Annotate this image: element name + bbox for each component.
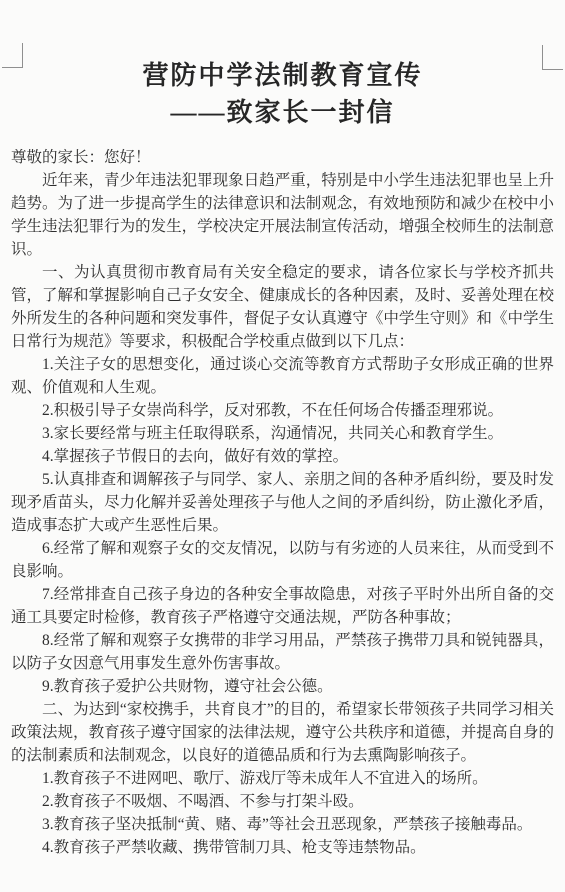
list-item: 5.认真排查和调解孩子与同学、家人、亲朋之间的各种矛盾纠纷，要及时发现矛盾苗头，… bbox=[11, 468, 554, 537]
list-item: 6.经常了解和观察子女的交友情况，以防与有劣迹的人员来往，从而受到不良影响。 bbox=[11, 537, 554, 583]
list-item: 2.积极引导子女崇尚科学，反对邪教，不在任何场合传播歪理邪说。 bbox=[11, 399, 554, 422]
list-item: 9.教育孩子爱护公共财物，遵守社会公德。 bbox=[11, 675, 554, 698]
salutation: 尊敬的家长：您好！ bbox=[11, 146, 554, 169]
crop-mark-top-right-icon bbox=[542, 45, 563, 70]
scanned-letter-page: 营防中学法制教育宣传 ——致家长一封信 尊敬的家长：您好！ 近年来，青少年违法犯… bbox=[0, 0, 565, 892]
document-title: 营防中学法制教育宣传 bbox=[11, 58, 554, 94]
list-item: 1.教育孩子不进网吧、歌厅、游戏厅等未成年人不宜进入的场所。 bbox=[11, 767, 554, 790]
list-item: 2.教育孩子不吸烟、不喝酒、不参与打架斗殴。 bbox=[11, 790, 554, 813]
list-item: 4.掌握孩子节假日的去向，做好有效的掌控。 bbox=[11, 445, 554, 468]
list-item: 3.教育孩子坚决抵制“黄、赌、毒”等社会丑恶现象，严禁孩子接触毒品。 bbox=[11, 813, 554, 836]
crop-mark-top-left-icon bbox=[2, 43, 23, 68]
list-item: 3.家长要经常与班主任取得联系，沟通情况，共同关心和教育学生。 bbox=[11, 422, 554, 445]
list-item: 1.关注子女的思想变化，通过谈心交流等教育方式帮助子女形成正确的世界观、价值观和… bbox=[11, 353, 554, 399]
title-block: 营防中学法制教育宣传 ——致家长一封信 bbox=[11, 58, 554, 132]
list-item: 8.经常了解和观察子女携带的非学习用品，严禁孩子携带刀具和锐钝器具，以防子女因意… bbox=[11, 629, 554, 675]
list-item: 4.教育孩子严禁收藏、携带管制刀具、枪支等违禁物品。 bbox=[11, 836, 554, 859]
document-subtitle: ——致家长一封信 bbox=[11, 94, 554, 132]
list-item: 7.经常排查自己孩子身边的各种安全事故隐患，对孩子平时外出所自备的交通工具要定时… bbox=[11, 583, 554, 629]
paragraph-intro: 近年来，青少年违法犯罪现象日趋严重，特别是中小学生违法犯罪也呈上升趋势。为了进一… bbox=[11, 169, 554, 261]
paragraph-section-1: 一、为认真贯彻市教育局有关安全稳定的要求，请各位家长与学校齐抓共管，了解和掌握影… bbox=[11, 261, 554, 353]
paragraph-section-2: 二、为达到“家校携手，共育良才”的目的，希望家长带领孩子共同学习相关政策法规，教… bbox=[11, 698, 554, 767]
letter-body: 尊敬的家长：您好！ 近年来，青少年违法犯罪现象日趋严重，特别是中小学生违法犯罪也… bbox=[11, 146, 554, 859]
